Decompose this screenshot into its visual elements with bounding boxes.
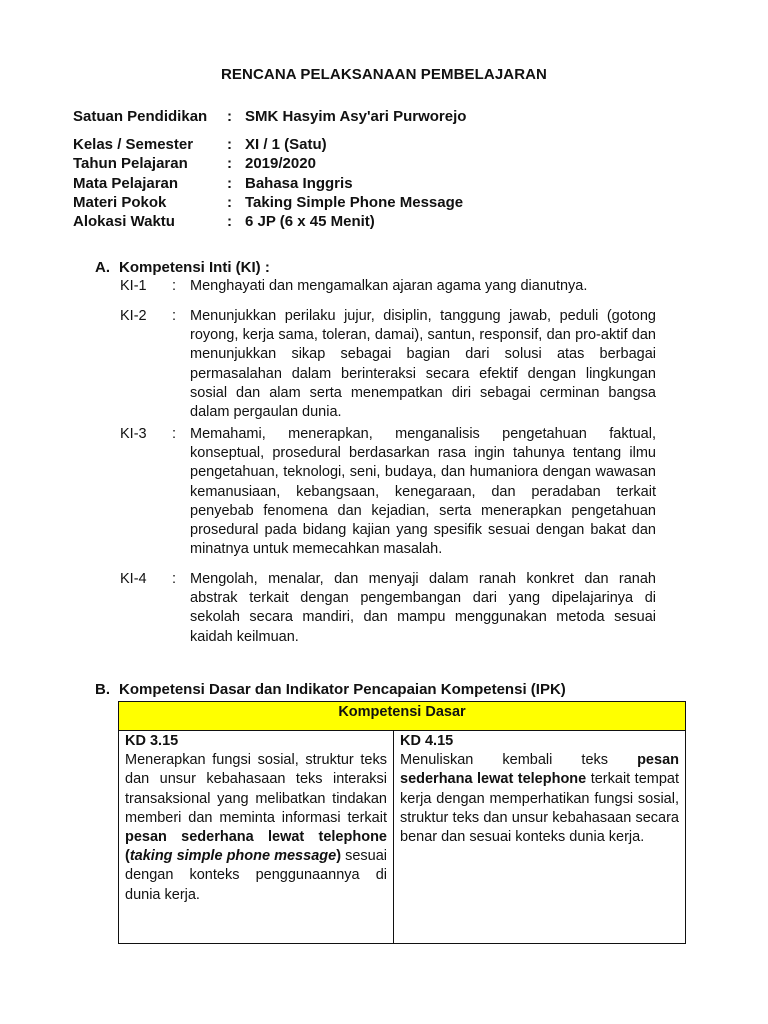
identity-label: Tahun Pelajaran xyxy=(73,155,188,172)
identity-value: XI / 1 (Satu) xyxy=(245,136,327,153)
ki-text: Memahami, menerapkan, menganalisis penge… xyxy=(190,425,656,559)
ki-item: KI-1 : Menghayati dan mengamalkan ajaran… xyxy=(120,277,656,296)
ki-item: KI-4 : Mengolah, menalar, dan menyaji da… xyxy=(120,570,656,647)
identity-label: Materi Pokok xyxy=(73,194,166,211)
kd-table-header: Kompetensi Dasar xyxy=(119,702,685,731)
identity-value: Bahasa Inggris xyxy=(245,175,353,192)
identity-label: Satuan Pendidikan xyxy=(73,108,207,125)
ki-separator: : xyxy=(172,277,176,296)
section-letter: A. xyxy=(95,259,119,276)
identity-value: 6 JP (6 x 45 Menit) xyxy=(245,213,375,230)
kd-table: Kompetensi Dasar KD 3.15 Menerapkan fung… xyxy=(118,701,686,944)
section-a-heading: A.Kompetensi Inti (KI) : xyxy=(95,259,270,276)
identity-separator: : xyxy=(227,194,232,211)
ki-code: KI-3 xyxy=(120,425,147,444)
kd-cell-3-15: KD 3.15 Menerapkan fungsi sosial, strukt… xyxy=(119,731,394,943)
section-title: Kompetensi Dasar dan Indikator Pencapaia… xyxy=(119,681,566,698)
ki-item: KI-2 : Menunjukkan perilaku jujur, disip… xyxy=(120,307,656,422)
ki-separator: : xyxy=(172,425,176,444)
kd-table-body: KD 3.15 Menerapkan fungsi sosial, strukt… xyxy=(119,731,685,943)
identity-label: Mata Pelajaran xyxy=(73,175,178,192)
ki-separator: : xyxy=(172,307,176,326)
section-title: Kompetensi Inti (KI) : xyxy=(119,259,270,276)
identity-separator: : xyxy=(227,136,232,153)
section-b-heading: B.Kompetensi Dasar dan Indikator Pencapa… xyxy=(95,681,566,698)
kd-cell-4-15: KD 4.15 Menuliskan kembali teks pesan se… xyxy=(394,731,685,943)
ki-code: KI-2 xyxy=(120,307,147,326)
identity-value: Taking Simple Phone Message xyxy=(245,194,463,211)
ki-item: KI-3 : Memahami, menerapkan, menganalisi… xyxy=(120,425,656,559)
identity-label: Kelas / Semester xyxy=(73,136,193,153)
section-letter: B. xyxy=(95,681,119,698)
identity-value: 2019/2020 xyxy=(245,155,316,172)
ki-separator: : xyxy=(172,570,176,589)
kd-description: Menuliskan kembali teks pesan sederhana … xyxy=(400,751,679,847)
ki-text: Menunjukkan perilaku jujur, disiplin, ta… xyxy=(190,307,656,422)
kd-code: KD 3.15 xyxy=(125,732,387,751)
document-title: RENCANA PELAKSANAAN PEMBELAJARAN xyxy=(0,66,768,83)
kd-description: Menerapkan fungsi sosial, struktur teks … xyxy=(125,751,387,905)
identity-separator: : xyxy=(227,108,232,125)
ki-code: KI-1 xyxy=(120,277,147,296)
kd-code: KD 4.15 xyxy=(400,732,679,751)
ki-text: Menghayati dan mengamalkan ajaran agama … xyxy=(190,277,656,296)
identity-label: Alokasi Waktu xyxy=(73,213,175,230)
identity-separator: : xyxy=(227,213,232,230)
identity-separator: : xyxy=(227,175,232,192)
ki-code: KI-4 xyxy=(120,570,147,589)
ki-text: Mengolah, menalar, dan menyaji dalam ran… xyxy=(190,570,656,647)
identity-value: SMK Hasyim Asy'ari Purworejo xyxy=(245,108,466,125)
identity-separator: : xyxy=(227,155,232,172)
